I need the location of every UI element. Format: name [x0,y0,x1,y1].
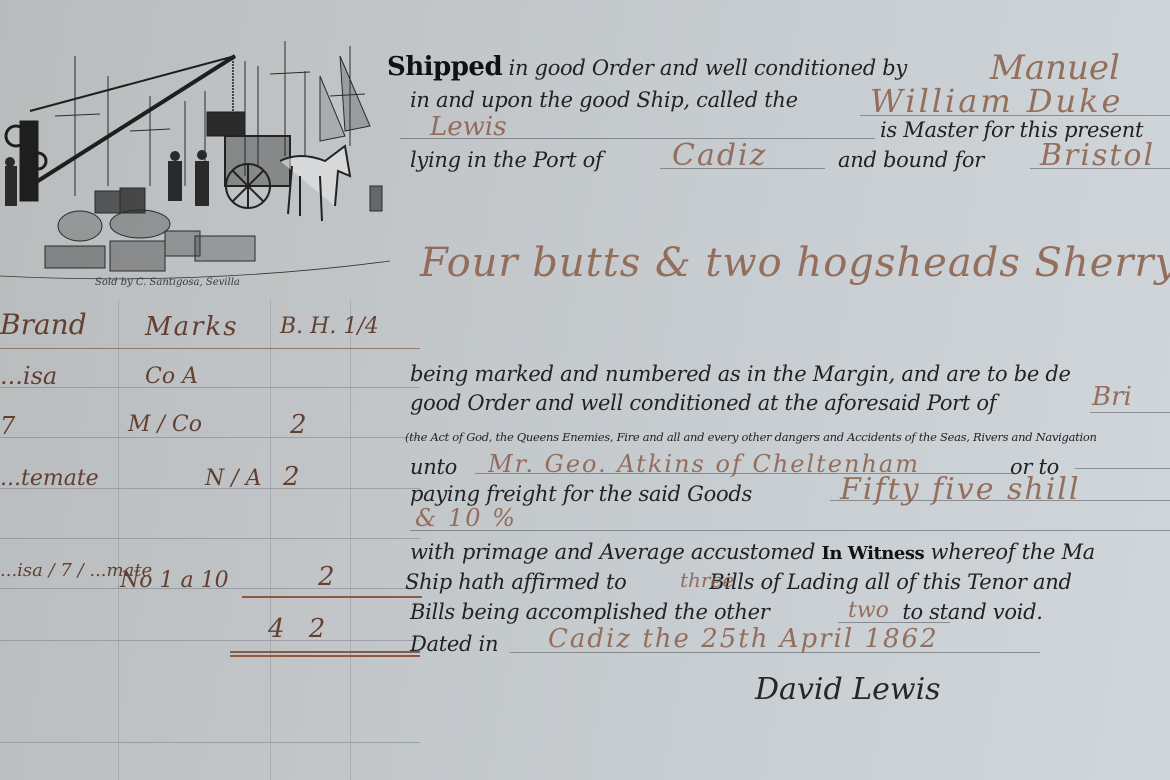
margin-row-3-brand: ...temate [0,466,99,491]
margin-header-rule [0,348,420,349]
date-place: Cadiz the 25th April 1862 [548,624,939,654]
margin-row-rule [0,640,420,641]
shipped-heading: Shipped [387,52,502,82]
form-line-10: with primage and Average accustomed In W… [410,540,1095,564]
margin-total: 4 2 [268,614,333,644]
margin-row-3-marks: N / A [205,466,262,491]
form-line-12: Bills being accomplished the other to st… [410,600,1043,624]
margin-row-rule [0,742,420,743]
engraver-imprint: Sold by C. Santigosa, Sevilla [95,277,240,288]
assigns-rule [1075,468,1170,469]
freight-rule-2 [410,530,1170,531]
total-rule-double [230,655,420,657]
margin-row-3-qty: 2 [283,462,300,492]
margin-header-marks: Marks [145,312,239,342]
other-bills-count: two [848,598,889,623]
goods-description: Four butts & two hogsheads Sherry [420,240,1170,286]
port-of-delivery: Bri [1092,382,1132,412]
form-line-6: good Order and well conditioned at the a… [410,391,996,415]
ship-name: William Duke [870,82,1123,120]
form-line-2: in and upon the good Ship, called the [410,88,798,112]
harbor-engraving [0,36,395,286]
margin-row-4-qty: 2 [318,562,335,592]
total-rule [230,651,420,653]
margin-column-line [350,300,351,780]
margin-column-line [270,300,271,780]
margin-row-2-marks: M / Co [128,412,202,437]
form-line-4a: lying in the Port of [410,148,602,172]
margin-row-rule [0,387,420,388]
form-line-11: Ship hath affirmed to Bills of Lading al… [405,570,1072,594]
destination-port: Bristol [1040,138,1155,173]
margin-row-4-marks: No 1 a 10 [120,568,229,593]
margin-row-2-brand: 7 [0,412,15,440]
form-line-8a: unto [410,455,457,479]
margin-row-rule [0,437,420,438]
margin-header-brand: Brand [0,308,87,341]
margin-column-line [118,300,119,780]
bills-count: three [680,568,734,592]
margin-header-casks: B. H. 1/4 [280,314,379,339]
form-line-4b: and bound for [838,148,984,172]
freight-amount-2: & 10 % [415,504,517,532]
form-line-1: Shipped in good Order and well condition… [387,52,907,82]
form-line-9: paying freight for the said Goods [410,482,752,506]
master-name: Lewis [430,112,507,142]
in-witness-heading: In Witness [821,543,924,564]
margin-row-rule [0,538,420,539]
margin-row-2-qty: 2 [290,410,307,440]
form-line-5: being marked and numbered as in the Marg… [410,362,1071,386]
margin-row-1-marks: Co A [145,364,198,389]
form-line-13: Dated in [410,632,498,656]
form-line-7: (the Act of God, the Queens Enemies, Fir… [405,430,1097,444]
port-to-rule [1090,412,1170,413]
port-of-lading: Cadiz [672,138,767,173]
subtotal-rule [242,596,422,598]
margin-row-1-brand: ...isa [0,362,57,390]
freight-amount: Fifty five shill [840,472,1081,507]
master-signature: David Lewis [755,672,941,707]
